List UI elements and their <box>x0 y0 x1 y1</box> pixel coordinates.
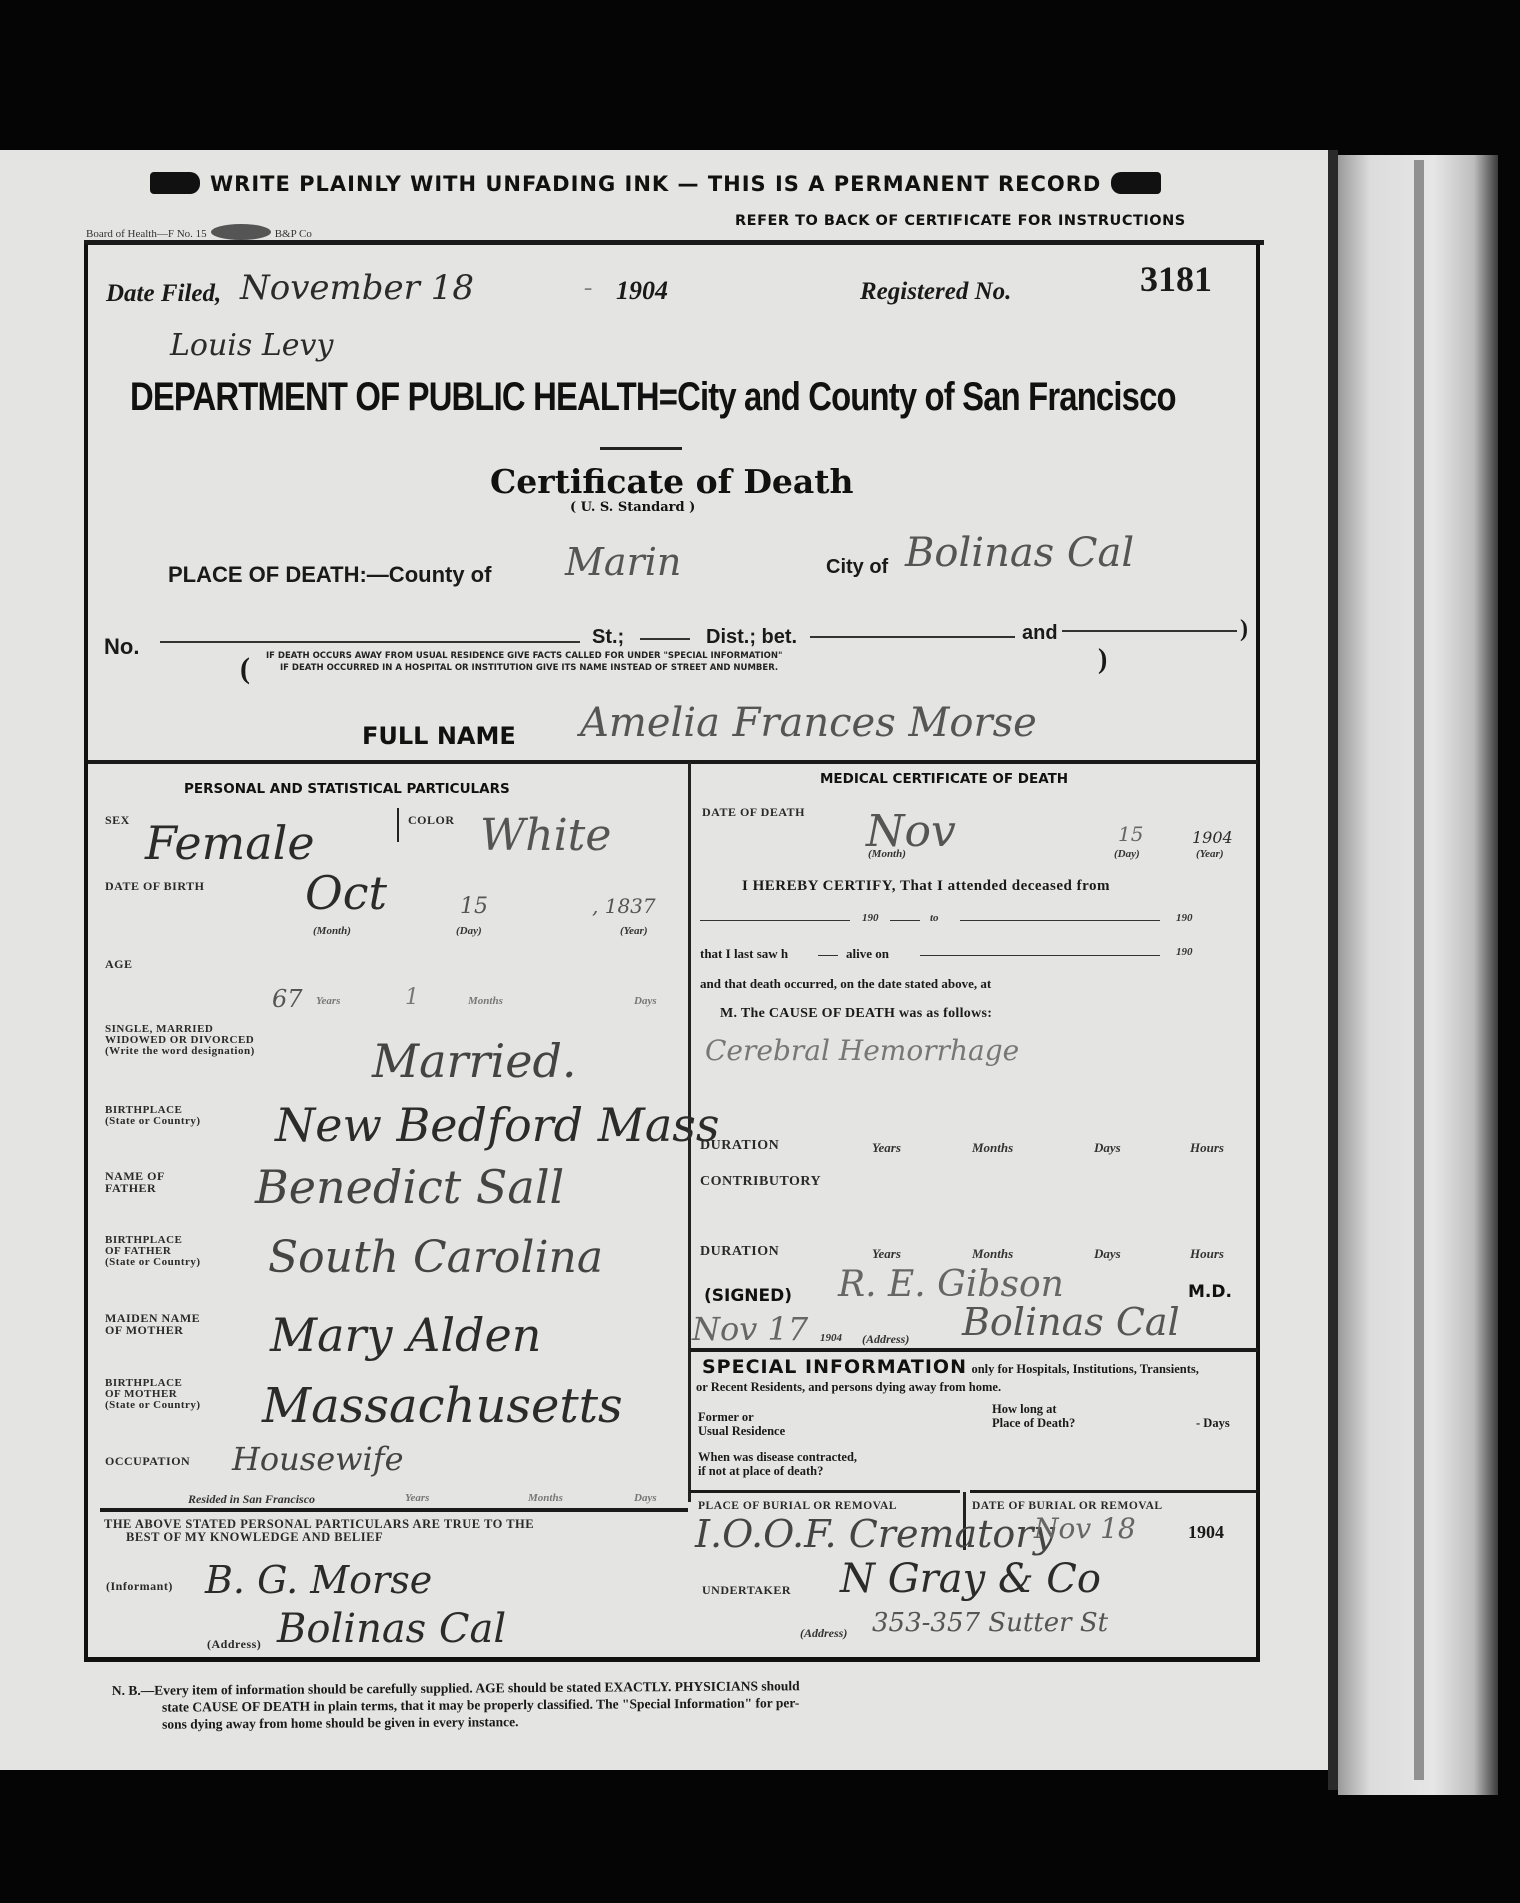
registrar-signature: Louis Levy <box>170 328 333 363</box>
signature-year: 1904 <box>820 1332 842 1344</box>
last-saw-pronoun-line <box>818 955 838 956</box>
duration-hours: Hours <box>1190 1140 1224 1156</box>
burial-date: Nov 18 <box>1034 1512 1136 1545</box>
physician-signature: R. E. Gibson <box>838 1264 1064 1305</box>
mother-birthplace-value: Massachusetts <box>262 1378 623 1434</box>
dob-day: 15 <box>460 894 488 919</box>
dod-year: 1904 <box>1192 828 1233 847</box>
mother-label-line2: OF MOTHER <box>105 1324 200 1336</box>
informant-statement: THE ABOVE STATED PERSONAL PARTICULARS AR… <box>104 1518 534 1544</box>
attended-to-year: 190 <box>1176 912 1193 924</box>
attended-from-year: 190 <box>862 912 879 924</box>
former-residence-label: Former or Usual Residence <box>698 1410 785 1438</box>
page-binding-edge <box>1328 150 1338 1790</box>
age-years-caption: Years <box>316 995 340 1007</box>
burial-place: I.O.O.F. Crematory <box>695 1512 1055 1556</box>
personal-heading: PERSONAL AND STATISTICAL PARTICULARS <box>184 781 510 797</box>
birthplace-value: New Bedford Mass <box>275 1098 719 1152</box>
mother-bp-label-line3: (State or Country) <box>105 1400 201 1411</box>
occupation-value: Housewife <box>232 1440 404 1478</box>
last-saw-label: that I last saw h <box>700 946 788 962</box>
signed-label: (SIGNED) <box>704 1286 792 1306</box>
physician-address-label: (Address) <box>862 1332 909 1347</box>
former-residence-line1: Former or <box>698 1410 785 1424</box>
undertaker-address-label: (Address) <box>800 1626 847 1641</box>
sex-color-divider <box>397 808 399 842</box>
city-value: Bolinas Cal <box>905 530 1134 576</box>
special-heading-tail: only for Hospitals, Institutions, Transi… <box>971 1362 1198 1376</box>
pointing-hand-icon <box>150 172 200 194</box>
paren-close-note: ) <box>1098 644 1107 676</box>
district-line <box>810 636 1015 638</box>
residence-note-line2: IF DEATH OCCURRED IN A HOSPITAL OR INSTI… <box>266 662 782 674</box>
date-filed-label: Date Filed, <box>106 280 221 308</box>
occupation-label: OCCUPATION <box>105 1455 190 1467</box>
color-label: COLOR <box>408 814 455 826</box>
dob-year-caption: (Year) <box>620 925 648 937</box>
alive-on-label: alive on <box>846 946 889 962</box>
paren-open: ( <box>240 652 250 686</box>
informant-label: (Informant) <box>106 1580 173 1592</box>
special-heading: SPECIAL INFORMATION <box>702 1356 967 1378</box>
dob-label: DATE OF BIRTH <box>105 880 204 892</box>
registered-label: Registered No. <box>860 278 1011 306</box>
certify-line1: I HEREBY CERTIFY, That I attended deceas… <box>742 878 1110 895</box>
contracted-label: When was disease contracted, if not at p… <box>698 1450 857 1478</box>
father-label-line2: FATHER <box>105 1182 165 1194</box>
how-long-line1: How long at <box>992 1402 1075 1416</box>
pointing-hand-icon <box>1111 172 1161 194</box>
certify-line4: M. The CAUSE OF DEATH was as follows: <box>720 1006 992 1022</box>
filed-year: 1904 <box>616 276 668 306</box>
residence-note: IF DEATH OCCURS AWAY FROM USUAL RESIDENC… <box>266 650 782 674</box>
attended-to-label: to <box>930 912 939 924</box>
age-years: 67 <box>272 985 303 1013</box>
mother-label: MAIDEN NAME OF MOTHER <box>105 1312 200 1336</box>
instruction-text: WRITE PLAINLY WITH UNFADING INK — THIS I… <box>210 172 1101 196</box>
resided-days: Days <box>634 1492 657 1504</box>
district-label: Dist.; bet. <box>706 626 797 649</box>
title-rule <box>600 447 682 450</box>
street-number-line <box>160 641 580 643</box>
birthplace-label-line2: (State or Country) <box>105 1116 201 1127</box>
seal-icon <box>211 224 271 240</box>
dob-day-caption: (Day) <box>456 925 482 937</box>
dob-month: Oct <box>305 866 387 920</box>
attended-dash <box>890 920 920 921</box>
refer-instructions: REFER TO BACK OF CERTIFICATE FOR INSTRUC… <box>735 213 1186 229</box>
date-filed-value: November 18 <box>240 268 474 308</box>
duration-years: Years <box>872 1140 901 1156</box>
and-label: and <box>1022 622 1058 645</box>
how-long-label: How long at Place of Death? <box>992 1402 1075 1430</box>
duration-months: Months <box>972 1140 1013 1156</box>
form-number-text: Board of Health—F No. 15 <box>86 228 207 240</box>
contracted-line1: When was disease contracted, <box>698 1450 857 1464</box>
certificate-title: Certificate of Death <box>490 462 854 501</box>
age-months-caption: Months <box>468 995 503 1007</box>
age-label: AGE <box>105 958 133 970</box>
full-name-value: Amelia Frances Morse <box>580 700 1037 746</box>
contracted-line2: if not at place of death? <box>698 1464 857 1478</box>
name-divider <box>88 760 1258 764</box>
duration-months-2: Months <box>972 1246 1013 1262</box>
residence-note-line1: IF DEATH OCCURS AWAY FROM USUAL RESIDENC… <box>266 650 782 662</box>
dob-year: , 1837 <box>592 894 656 918</box>
undertaker-value: N Gray & Co <box>840 1556 1101 1602</box>
duration-label: DURATION <box>700 1140 779 1152</box>
marital-label: SINGLE, MARRIED WIDOWED OR DIVORCED (Wri… <box>105 1024 255 1057</box>
duration-years-2: Years <box>872 1246 901 1262</box>
place-of-death-label: PLACE OF DEATH:—County of <box>168 562 491 588</box>
burial-place-label: PLACE OF BURIAL OR REMOVAL <box>698 1500 897 1512</box>
city-label: City of <box>826 556 888 579</box>
alive-on-line <box>920 955 1160 956</box>
attended-from-line <box>700 920 850 921</box>
informant-value: B. G. Morse <box>205 1558 432 1602</box>
special-divider <box>690 1348 1258 1352</box>
burial-year: 1904 <box>1188 1522 1224 1543</box>
attended-to-line <box>960 920 1160 921</box>
special-line2: or Recent Residents, and persons dying a… <box>696 1380 1001 1395</box>
father-birthplace-value: South Carolina <box>268 1232 603 1283</box>
age-months: 1 <box>405 985 419 1010</box>
marital-label-line3: (Write the word designation) <box>105 1046 255 1057</box>
how-long-line2: Place of Death? <box>992 1416 1075 1430</box>
father-bp-label-line3: (State or Country) <box>105 1257 201 1268</box>
registered-number: 3181 <box>1140 258 1212 300</box>
alive-on-year: 190 <box>1176 946 1193 958</box>
burial-divider-left <box>690 1490 960 1493</box>
mother-birthplace-label: BIRTHPLACE OF MOTHER (State or Country) <box>105 1378 201 1411</box>
resided-label: Resided in San Francisco <box>188 1492 315 1507</box>
dod-year-caption: (Year) <box>1196 848 1224 860</box>
informant-address-label: (Address) <box>207 1638 261 1650</box>
dod-month-caption: (Month) <box>868 848 906 860</box>
md-label: M.D. <box>1188 1282 1232 1302</box>
marital-value: Married. <box>372 1034 577 1088</box>
resided-months: Months <box>528 1492 563 1504</box>
duration-hours-2: Hours <box>1190 1246 1224 1262</box>
informant-address-value: Bolinas Cal <box>277 1606 506 1652</box>
informant-statement-line2: BEST OF MY KNOWLEDGE AND BELIEF <box>104 1531 534 1544</box>
street-line <box>640 638 690 640</box>
duration-days: Days <box>1094 1140 1121 1156</box>
underlying-page-edge <box>1414 160 1424 1780</box>
contributory-label: CONTRIBUTORY <box>700 1176 821 1188</box>
printer-text: B&P Co <box>275 228 312 240</box>
physician-address: Bolinas Cal <box>962 1300 1180 1344</box>
undertaker-address: 353-357 Sutter St <box>872 1608 1108 1638</box>
informant-divider <box>100 1508 688 1512</box>
undertaker-label: UNDERTAKER <box>702 1584 791 1596</box>
footnote: N. B.—Every item of information should b… <box>112 1677 800 1733</box>
and-line <box>1062 630 1237 632</box>
former-residence-line2: Usual Residence <box>698 1424 785 1438</box>
color-value: White <box>480 810 611 861</box>
cause-of-death: Cerebral Hemorrhage <box>705 1034 1019 1067</box>
how-long-days: - Days <box>1196 1416 1230 1431</box>
duration-label-2: DURATION <box>700 1246 779 1258</box>
form-number: Board of Health—F No. 15B&P Co <box>86 224 312 240</box>
instruction-banner: WRITE PLAINLY WITH UNFADING INK — THIS I… <box>140 172 1171 196</box>
street-label: St.; <box>592 626 624 649</box>
sex-value: Female <box>145 816 315 870</box>
duration-days-2: Days <box>1094 1246 1121 1262</box>
medical-heading: MEDICAL CERTIFICATE OF DEATH <box>820 771 1068 787</box>
certify-line3: and that death occurred, on the date sta… <box>700 976 991 992</box>
street-number-label: No. <box>104 634 139 660</box>
county-value: Marin <box>565 540 681 584</box>
age-days-caption: Days <box>634 995 657 1007</box>
burial-date-label: DATE of BURIAL or REMOVAL <box>972 1500 1163 1512</box>
date-separator: – <box>585 280 592 296</box>
dod-label: DATE OF DEATH <box>702 806 805 818</box>
father-birthplace-label: BIRTHPLACE OF FATHER (State or Country) <box>105 1235 201 1268</box>
dob-month-caption: (Month) <box>313 925 351 937</box>
full-name-label: FULL NAME <box>362 722 516 750</box>
signature-date: Nov 17 <box>692 1310 808 1348</box>
mother-value: Mary Alden <box>270 1308 541 1362</box>
burial-divider-right <box>970 1490 1258 1493</box>
paren-close: ) <box>1240 616 1248 643</box>
birthplace-label: BIRTHPLACE (State or Country) <box>105 1105 201 1127</box>
special-heading-row: SPECIAL INFORMATION only for Hospitals, … <box>702 1356 1199 1378</box>
resided-years: Years <box>405 1492 429 1504</box>
father-label: NAME OF FATHER <box>105 1170 165 1194</box>
sex-label: SEX <box>105 814 130 826</box>
father-value: Benedict Sall <box>255 1160 564 1214</box>
how-long-days-text: Days <box>1203 1416 1229 1430</box>
dod-day-caption: (Day) <box>1114 848 1140 860</box>
certificate-subtitle: ( U. S. Standard ) <box>570 500 695 515</box>
department-title: DEPARTMENT OF PUBLIC HEALTH=City and Cou… <box>130 375 1176 420</box>
dod-day: 15 <box>1118 822 1143 846</box>
